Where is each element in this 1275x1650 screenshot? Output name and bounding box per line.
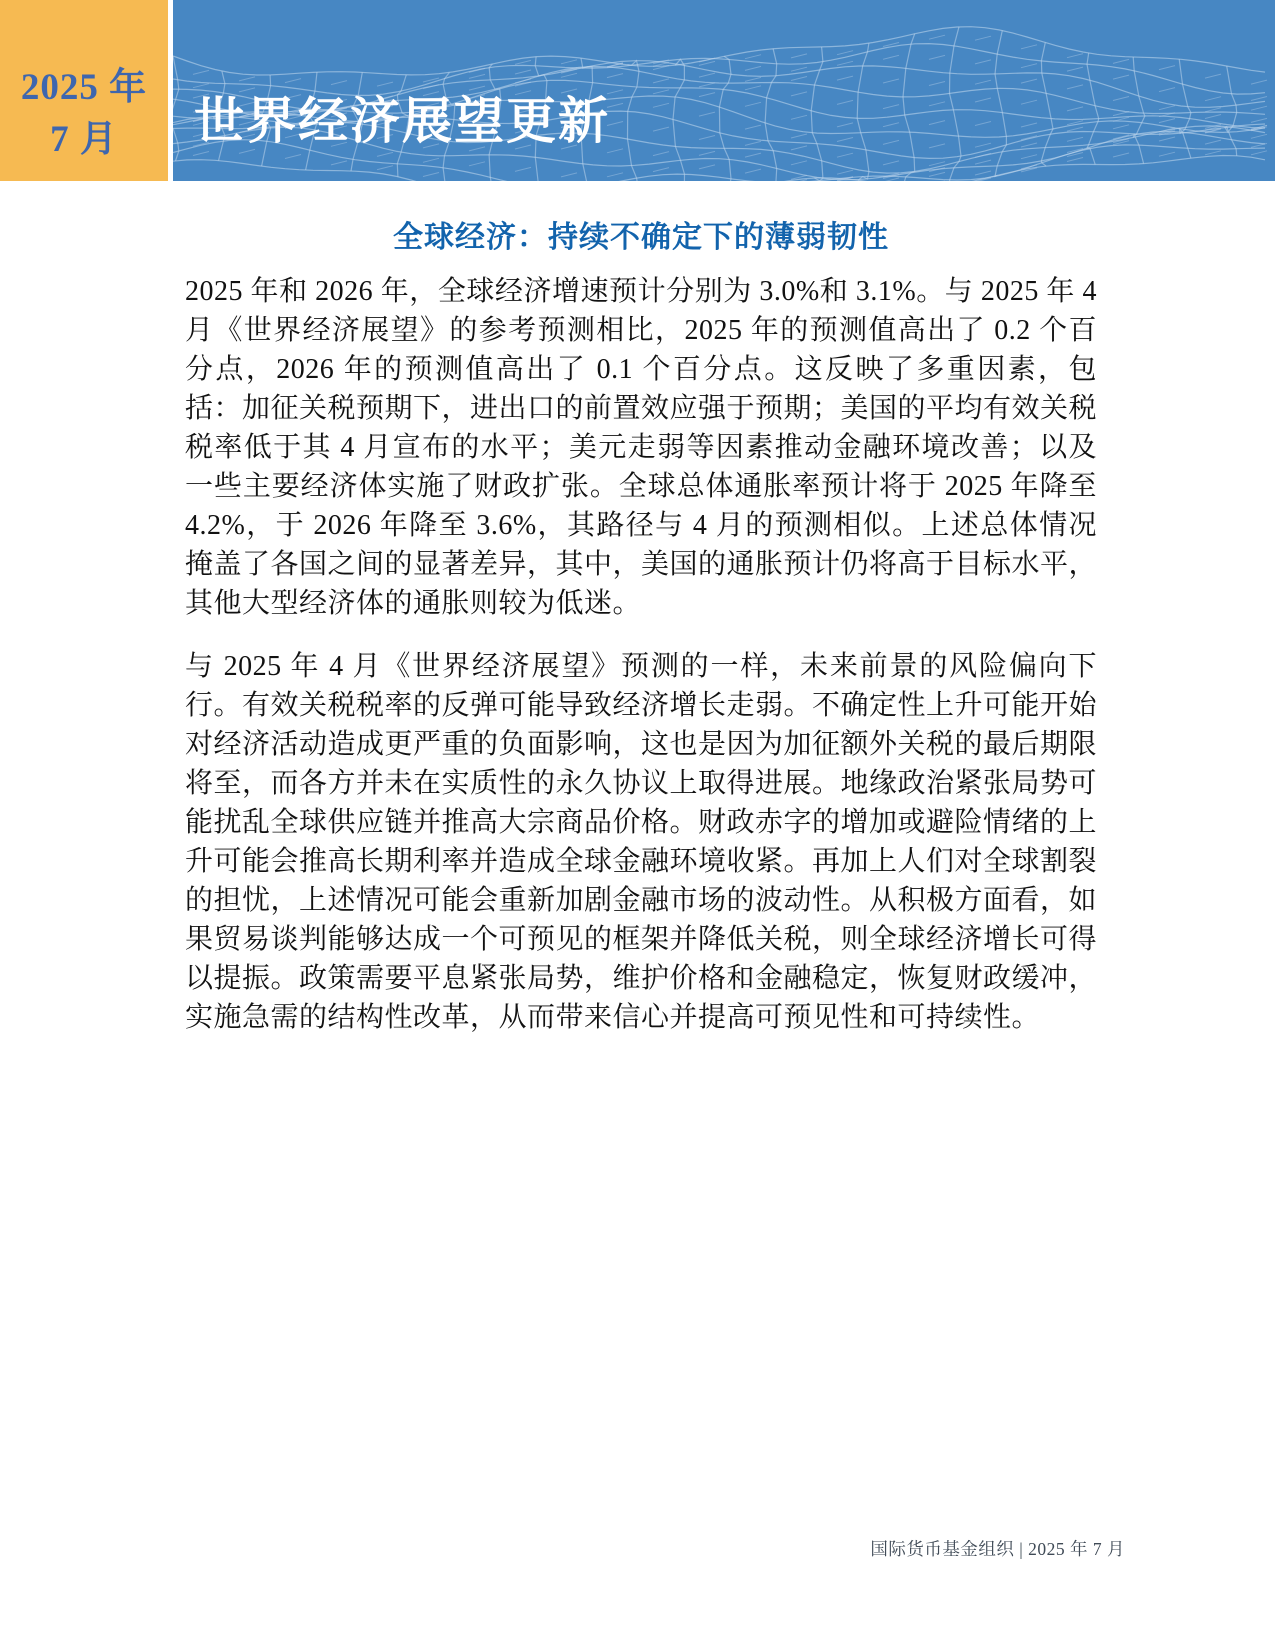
footer-text: 国际货币基金组织 | 2025 年 7 月	[870, 1539, 1125, 1559]
report-title: 世界经济展望更新	[194, 92, 610, 150]
section-heading: 全球经济：持续不确定下的薄弱韧性	[185, 222, 1097, 254]
paragraph-2: 与 2025 年 4 月《世界经济展望》预测的一样，未来前景的风险偏向下行。有效…	[185, 647, 1097, 1037]
document-page: 2025 年 7 月 世界经济展望更新 全球经济：持续不确定下的薄弱韧性 202…	[0, 0, 1275, 1650]
banner: 2025 年 7 月 世界经济展望更新	[0, 0, 1275, 181]
issue-year: 2025 年	[0, 62, 168, 114]
issue-month: 7 月	[0, 114, 168, 166]
banner-band: 世界经济展望更新	[173, 0, 1275, 181]
article: 全球经济：持续不确定下的薄弱韧性 2025 年和 2026 年，全球经济增速预计…	[185, 181, 1097, 1061]
paragraph-1: 2025 年和 2026 年，全球经济增速预计分别为 3.0%和 3.1%。与 …	[185, 272, 1097, 623]
page-footer: 国际货币基金组织 | 2025 年 7 月	[870, 1538, 1125, 1560]
issue-date-box: 2025 年 7 月	[0, 0, 168, 181]
terrain-mesh-graphic	[173, 0, 1275, 181]
